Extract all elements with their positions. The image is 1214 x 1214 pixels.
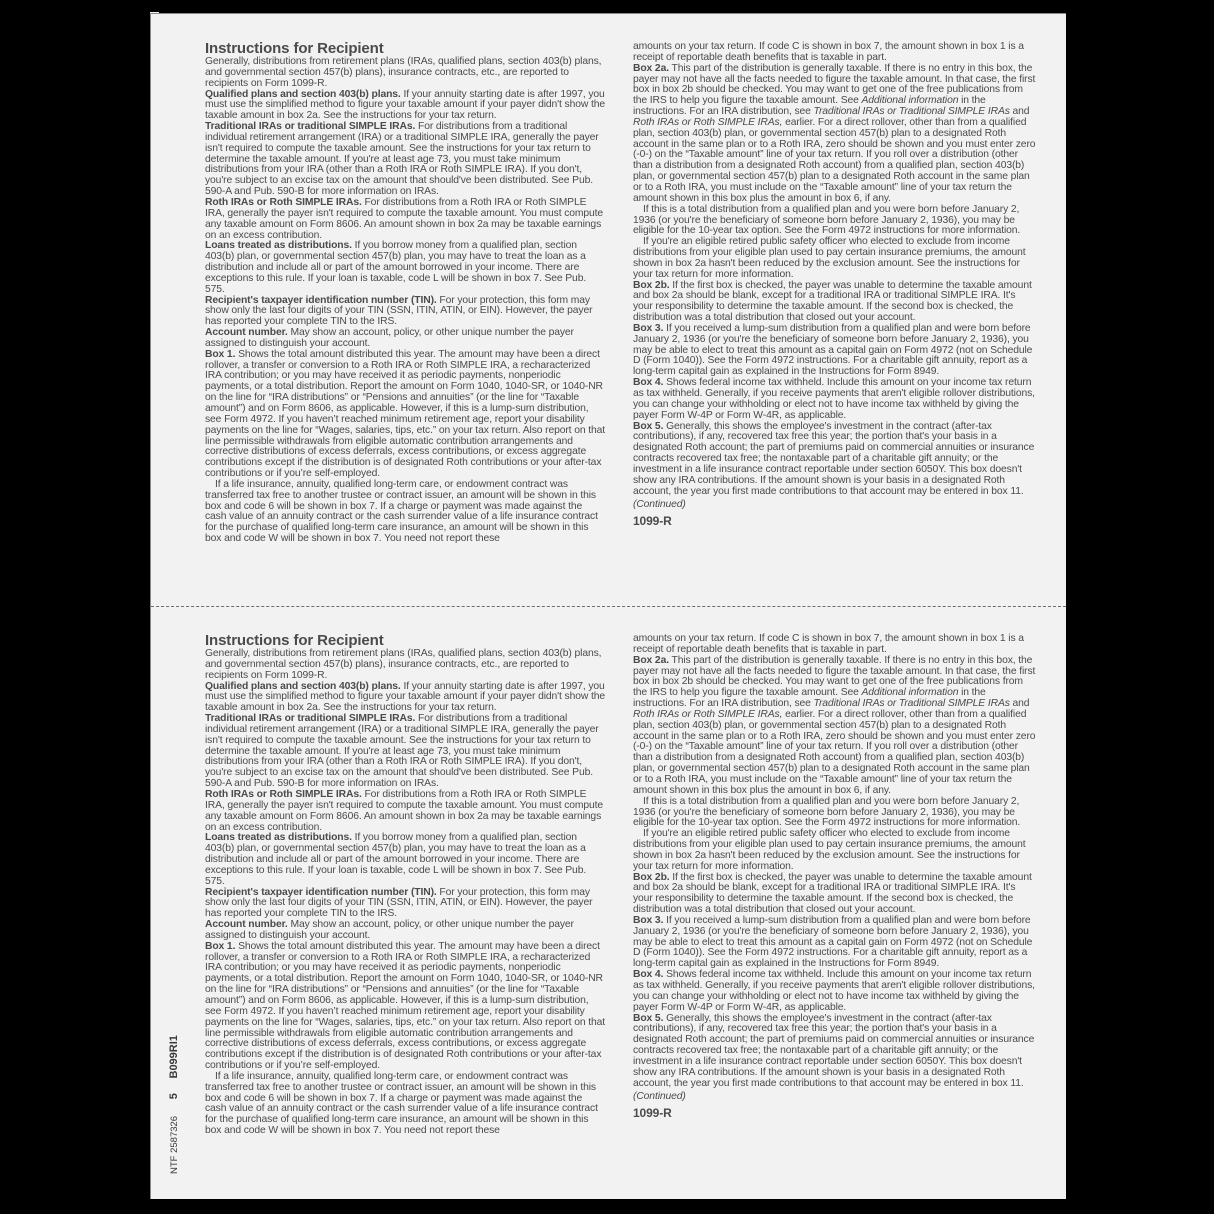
page-title: Instructions for Recipient: [205, 41, 605, 57]
section-box-1: Box 1. Shows the total amount distribute…: [205, 350, 605, 480]
section-title: Traditional IRAs or traditional SIMPLE I…: [205, 713, 415, 724]
italic-reference: Traditional IRAs or Traditional SIMPLE I…: [814, 698, 1010, 709]
section-box-2b: Box 2b. If the first box is checked, the…: [633, 873, 1036, 916]
continued-label: (Continued): [633, 500, 1036, 511]
section-title: Loans treated as distributions.: [205, 240, 352, 251]
italic-reference: Roth IRAs or Roth SIMPLE IRAs,: [633, 117, 782, 128]
copy-number: 5: [168, 1093, 180, 1099]
page-title: Instructions for Recipient: [205, 633, 605, 649]
section-title: Traditional IRAs or traditional SIMPLE I…: [205, 121, 415, 132]
section-box-2a: Box 2a. This part of the distribution is…: [633, 656, 1036, 797]
italic-reference: Additional information: [862, 95, 959, 106]
section-box-2a: Box 2a. This part of the distribution is…: [633, 64, 1036, 205]
section-box-5: Box 5. Generally, this shows the employe…: [633, 1014, 1036, 1090]
section-title: Recipient's taxpayer identification numb…: [205, 295, 437, 306]
section-title: Roth IRAs or Roth SIMPLE IRAs.: [205, 789, 362, 800]
section-account-number: Account number. May show an account, pol…: [205, 328, 605, 350]
section-qualified-plans: Qualified plans and section 403(b) plans…: [205, 682, 605, 715]
section-text: and: [1010, 698, 1030, 709]
section-title: Box 2a.: [633, 63, 669, 74]
section-title: Account number.: [205, 327, 288, 338]
section-title: Qualified plans and section 403(b) plans…: [205, 89, 401, 100]
left-column: Instructions for Recipient Generally, di…: [205, 41, 605, 545]
continued-label: (Continued): [633, 1092, 1036, 1103]
form-code: B099RI1: [168, 1035, 180, 1078]
section-loans: Loans treated as distributions. If you b…: [205, 241, 605, 295]
form-number: 1099-R: [633, 514, 1036, 528]
section-text: Generally, this shows the employee's inv…: [633, 1013, 1034, 1089]
right-column: amounts on your tax return. If code C is…: [633, 42, 1036, 528]
section-text: Shows the total amount distributed this …: [205, 941, 605, 1071]
section-title: Qualified plans and section 403(b) plans…: [205, 681, 401, 692]
section-text: Generally, this shows the employee's inv…: [633, 421, 1034, 497]
section-box-3: Box 3. If you received a lump-sum distri…: [633, 324, 1036, 378]
italic-reference: Traditional IRAs or Traditional SIMPLE I…: [814, 106, 1010, 117]
section-text: If you received a lump-sum distribution …: [633, 323, 1032, 377]
section-box-2b: Box 2b. If the first box is checked, the…: [633, 281, 1036, 324]
section-tin: Recipient's taxpayer identification numb…: [205, 296, 605, 329]
box-2a-paragraph-2: If this is a total distribution from a q…: [633, 205, 1036, 238]
section-box-4: Box 4. Shows federal income tax withheld…: [633, 378, 1036, 421]
ntf-number: NTF 2587326: [169, 1116, 180, 1174]
box-1-paragraph-2: If a life insurance, annuity, qualified …: [205, 480, 605, 545]
section-roth-iras: Roth IRAs or Roth SIMPLE IRAs. For distr…: [205, 198, 605, 241]
section-box-5: Box 5. Generally, this shows the employe…: [633, 422, 1036, 498]
section-box-3: Box 3. If you received a lump-sum distri…: [633, 916, 1036, 970]
section-title: Loans treated as distributions.: [205, 832, 352, 843]
section-title: Recipient's taxpayer identification numb…: [205, 887, 437, 898]
section-title: Box 1.: [205, 349, 235, 360]
intro-paragraph: Generally, distributions from retirement…: [205, 57, 605, 90]
section-text: and: [1010, 106, 1030, 117]
italic-reference: Additional information: [862, 687, 959, 698]
section-title: Account number.: [205, 919, 288, 930]
instructions-copy-bottom: Instructions for Recipient Generally, di…: [151, 606, 1066, 1198]
section-text: earlier. For a direct rollover, other th…: [633, 117, 1035, 204]
section-text: For distributions from a traditional ind…: [205, 121, 599, 197]
section-title: Box 2a.: [633, 655, 669, 666]
section-text: earlier. For a direct rollover, other th…: [633, 709, 1035, 796]
intro-paragraph: Generally, distributions from retirement…: [205, 649, 605, 682]
section-text: If the first box is checked, the payer w…: [633, 280, 1032, 324]
section-title: Box 5.: [633, 421, 663, 432]
section-text: If the first box is checked, the payer w…: [633, 872, 1032, 916]
box-2a-paragraph-3: If you're an eligible retired public saf…: [633, 829, 1036, 872]
section-title: Box 5.: [633, 1013, 663, 1024]
section-title: Box 3.: [633, 323, 663, 334]
continued-paragraph: amounts on your tax return. If code C is…: [633, 42, 1036, 64]
continued-paragraph: amounts on your tax return. If code C is…: [633, 634, 1036, 656]
section-text: If you received a lump-sum distribution …: [633, 915, 1032, 969]
form-control-code: NTF 2587326 5 B099RI1: [168, 1035, 180, 1174]
instructions-copy-top: Instructions for Recipient Generally, di…: [151, 14, 1066, 606]
section-text: For distributions from a traditional ind…: [205, 713, 599, 789]
section-text: Shows federal income tax withheld. Inclu…: [633, 969, 1035, 1013]
section-tin: Recipient's taxpayer identification numb…: [205, 888, 605, 921]
section-title: Box 2b.: [633, 872, 670, 883]
section-title: Box 1.: [205, 941, 235, 952]
section-title: Box 4.: [633, 377, 663, 388]
section-title: Roth IRAs or Roth SIMPLE IRAs.: [205, 197, 362, 208]
section-title: Box 4.: [633, 969, 663, 980]
form-page: Instructions for Recipient Generally, di…: [150, 13, 1066, 1199]
italic-reference: Roth IRAs or Roth SIMPLE IRAs,: [633, 709, 782, 720]
section-text: Shows federal income tax withheld. Inclu…: [633, 377, 1035, 421]
section-qualified-plans: Qualified plans and section 403(b) plans…: [205, 90, 605, 123]
section-title: Box 2b.: [633, 280, 670, 291]
right-column: amounts on your tax return. If code C is…: [633, 634, 1036, 1120]
section-account-number: Account number. May show an account, pol…: [205, 920, 605, 942]
box-2a-paragraph-3: If you're an eligible retired public saf…: [633, 237, 1036, 280]
form-number: 1099-R: [633, 1106, 1036, 1120]
section-text: Shows the total amount distributed this …: [205, 349, 605, 479]
section-loans: Loans treated as distributions. If you b…: [205, 833, 605, 887]
section-roth-iras: Roth IRAs or Roth SIMPLE IRAs. For distr…: [205, 790, 605, 833]
section-title: Box 3.: [633, 915, 663, 926]
section-box-1: Box 1. Shows the total amount distribute…: [205, 942, 605, 1072]
section-traditional-iras: Traditional IRAs or traditional SIMPLE I…: [205, 714, 605, 790]
section-box-4: Box 4. Shows federal income tax withheld…: [633, 970, 1036, 1013]
section-traditional-iras: Traditional IRAs or traditional SIMPLE I…: [205, 122, 605, 198]
box-2a-paragraph-2: If this is a total distribution from a q…: [633, 797, 1036, 830]
box-1-paragraph-2: If a life insurance, annuity, qualified …: [205, 1072, 605, 1137]
left-column: Instructions for Recipient Generally, di…: [205, 633, 605, 1137]
